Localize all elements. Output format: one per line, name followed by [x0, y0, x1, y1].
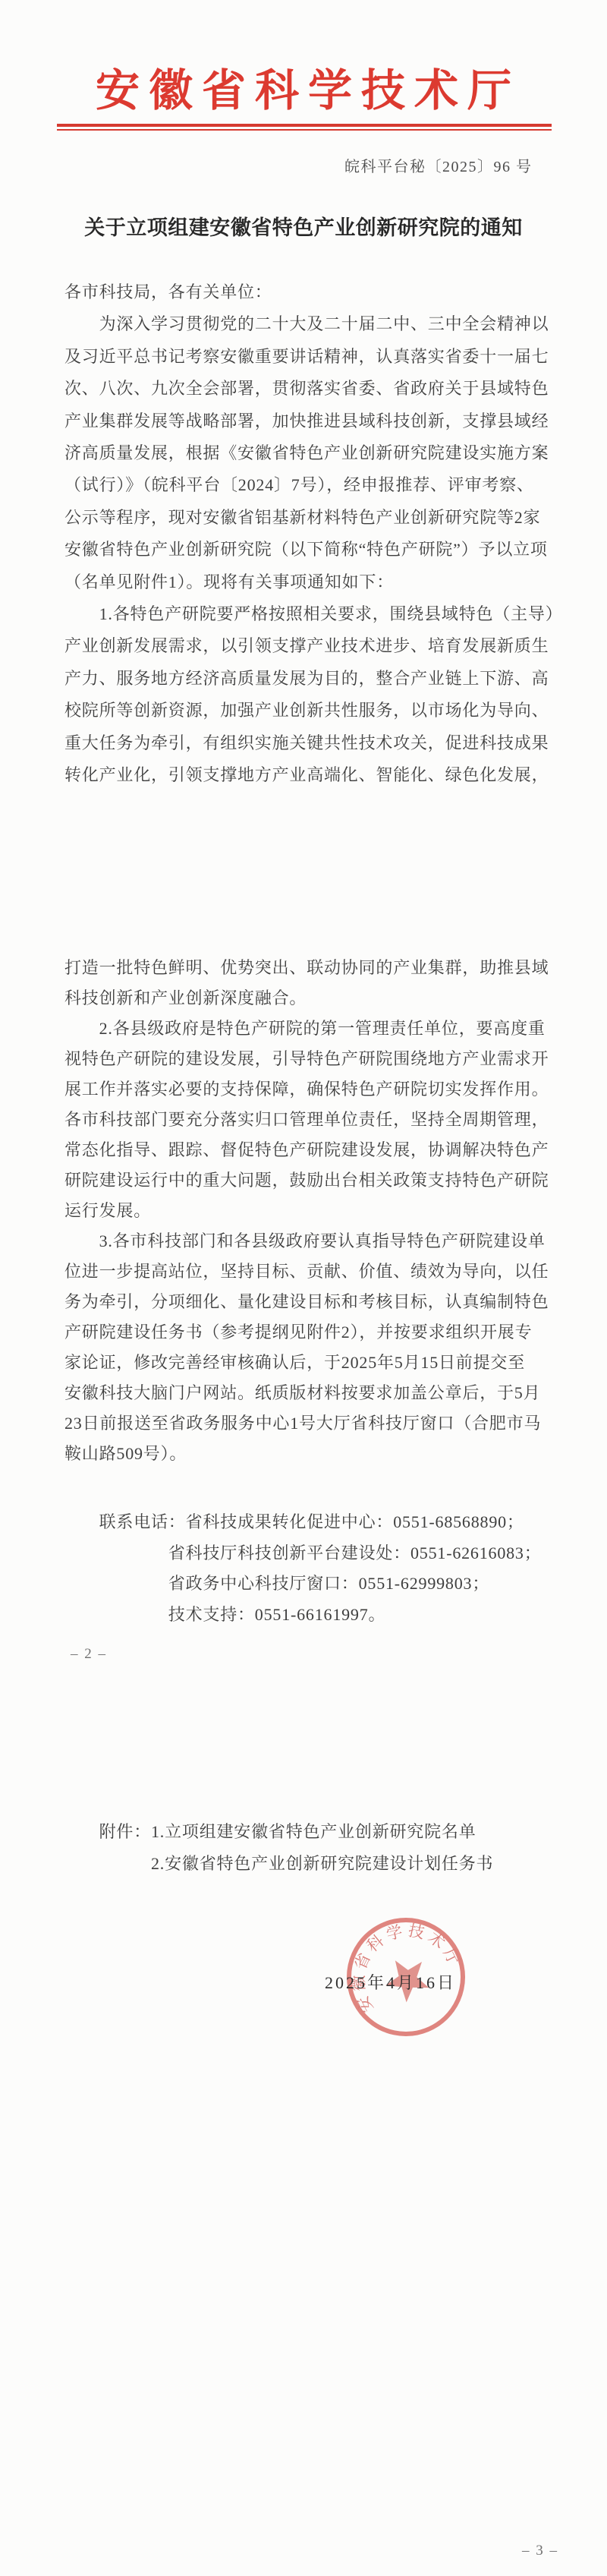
text-line: 研院建设运行中的重大问题，鼓励出台相关政策支持特色产研院	[64, 1165, 558, 1196]
text-line: 省政务中心科技厅窗口：0551-62999803；	[64, 1569, 558, 1600]
text-line: 技术支持：0551-66161997。	[64, 1600, 558, 1631]
agency-header: 安徽省科学技术厅	[0, 55, 607, 118]
text-line: 各市科技局，各有关单位：	[64, 276, 558, 308]
text-line: 为深入学习贯彻党的二十大及二十届二中、三中全会精神以	[64, 308, 558, 340]
text-line: 省科技厅科技创新平台建设处：0551-62616083；	[64, 1538, 558, 1569]
page-number-2: – 2 –	[71, 1646, 107, 1663]
document-date: 2025年4月16日	[325, 1970, 456, 1994]
text-line: 23日前报送至省政务服务中心1号大厅省科技厅窗口（合肥市马	[64, 1408, 558, 1439]
text-line: 公示等程序，现对安徽省铝基新材料特色产业创新研究院等2家	[64, 502, 558, 534]
text-line: 转化产业化，引领支撑地方产业高端化、智能化、绿色化发展，	[64, 759, 558, 791]
text-line: 3.各市科技部门和各县级政府要认真指导特色产研院建设单	[64, 1226, 558, 1256]
header-divider	[57, 124, 552, 131]
text-line: 校院所等创新资源，加强产业创新共性服务，以市场化为导向、	[64, 695, 558, 727]
text-line: 2.安徽省特色产业创新研究院建设计划任务书	[64, 1848, 558, 1880]
body-page2: 打造一批特色鲜明、优势突出、联动协同的产业集群，助推县域科技创新和产业创新深度融…	[64, 953, 558, 1469]
document-title: 关于立项组建安徽省特色产业创新研究院的通知	[0, 211, 607, 241]
attachments-block: 附件：1.立项组建安徽省特色产业创新研究院名单 2.安徽省特色产业创新研究院建设…	[64, 1816, 558, 1880]
text-line: （名单见附件1）。现将有关事项通知如下：	[64, 566, 558, 598]
text-line: 济高质量发展，根据《安徽省特色产业创新研究院建设实施方案	[64, 437, 558, 469]
text-line: 附件：1.立项组建安徽省特色产业创新研究院名单	[64, 1816, 558, 1848]
text-line: 产力、服务地方经济高质量发展为目的，整合产业链上下游、高	[64, 663, 558, 695]
text-line: 视特色产研院的建设发展，引导特色产研院围绕地方产业需求开	[64, 1044, 558, 1074]
text-line: 打造一批特色鲜明、优势突出、联动协同的产业集群，助推县域	[64, 953, 558, 983]
text-line: 2.各县级政府是特色产研院的第一管理责任单位，要高度重	[64, 1014, 558, 1044]
text-line: 安徽省特色产业创新研究院（以下简称“特色产研院”）予以立项	[64, 534, 558, 566]
text-line: 安徽科技大脑门户网站。纸质版材料按要求加盖公章后，于5月	[64, 1378, 558, 1408]
text-line: 运行发展。	[64, 1196, 558, 1226]
text-line: 重大任务为牵引，有组织实施关键共性技术攻关，促进科技成果	[64, 727, 558, 759]
text-line: 常态化指导、跟踪、督促特色产研院建设发展，协调解决特色产	[64, 1135, 558, 1165]
text-line: 鞍山路509号）。	[64, 1439, 558, 1469]
text-line: 务为牵引，分项细化、量化建设目标和考核目标，认真编制特色	[64, 1287, 558, 1317]
text-line: 展工作并落实必要的支持保障，确保特色产研院切实发挥作用。	[64, 1074, 558, 1105]
text-line: 次、八次、九次全会部署，贯彻落实省委、省政府关于县域特色	[64, 373, 558, 405]
text-line: 产业集群发展等战略部署，加快推进县域科技创新，支撑县域经	[64, 405, 558, 437]
text-line: 各市科技部门要充分落实归口管理单位责任，坚持全周期管理，	[64, 1105, 558, 1135]
doc-number: 皖科平台秘〔2025〕96 号	[344, 154, 533, 176]
contact-block: 联系电话：省科技成果转化促进中心：0551-68568890； 省科技厅科技创新…	[64, 1507, 558, 1630]
text-line: 产研院建设任务书（参考提纲见附件2），并按要求组织开展专	[64, 1317, 558, 1348]
text-line: 1.各特色产研院要严格按照相关要求，围绕县域特色（主导）	[64, 598, 558, 630]
text-line: 产业创新发展需求，以引领支撑产业技术进步、培育发展新质生	[64, 630, 558, 662]
text-line: 位进一步提高站位，坚持目标、贡献、价值、绩效为导向，以任	[64, 1256, 558, 1287]
text-line: （试行）》（皖科平台〔2024〕7号），经申报推荐、评审考察、	[64, 469, 558, 501]
text-line: 科技创新和产业创新深度融合。	[64, 983, 558, 1014]
body-page1: 各市科技局，各有关单位： 为深入学习贯彻党的二十大及二十届二中、三中全会精神以及…	[64, 276, 558, 792]
page-number-3: – 3 –	[522, 2543, 558, 2559]
text-line: 及习近平总书记考察安徽重要讲话精神，认真落实省委十一届七	[64, 341, 558, 373]
document-page: 安徽省科学技术厅 皖科平台秘〔2025〕96 号 关于立项组建安徽省特色产业创新…	[0, 0, 607, 2576]
text-line: 联系电话：省科技成果转化促进中心：0551-68568890；	[64, 1507, 558, 1538]
text-line: 家论证，修改完善经审核确认后，于2025年5月15日前提交至	[64, 1348, 558, 1378]
